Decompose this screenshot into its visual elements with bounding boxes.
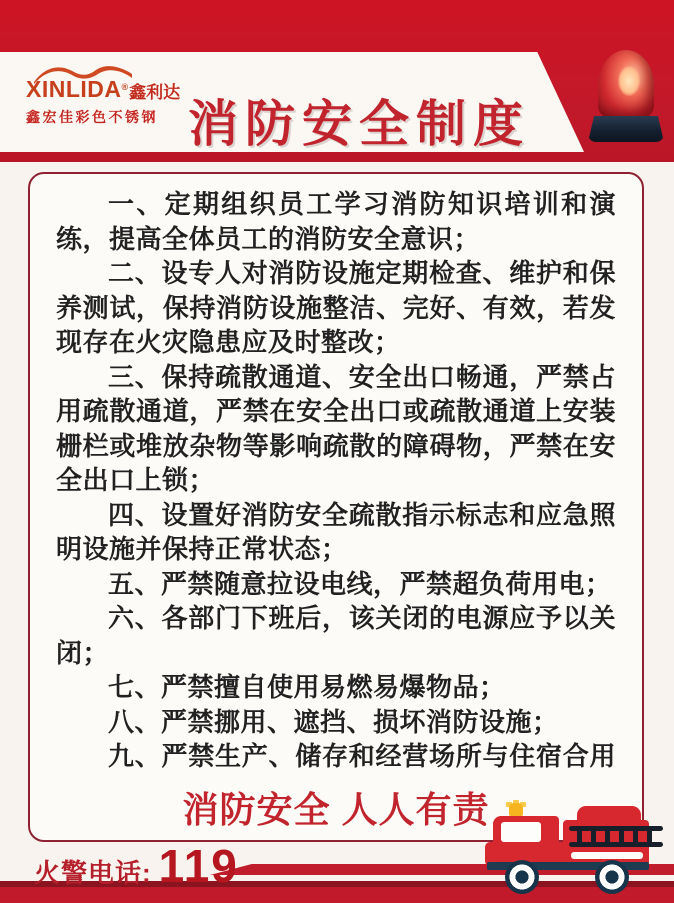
rule-item-7: 七、严禁擅自使用易燃易爆物品； bbox=[56, 670, 616, 705]
page-title: 消防安全制度 bbox=[188, 84, 530, 156]
truck-ladder-rail-bottom bbox=[569, 842, 663, 847]
rule-item-6: 六、各部门下班后，该关闭的电源应予以关闭； bbox=[56, 601, 616, 670]
siren-glow bbox=[618, 66, 640, 96]
truck-wheel-front bbox=[505, 860, 539, 894]
logo-tagline: 鑫宏佳彩色不锈钢 bbox=[26, 107, 186, 127]
truck-wheel-rear bbox=[595, 860, 629, 894]
rule-item-3: 三、保持疏散通道、安全出口畅通，严禁占用疏散通道，严禁在安全出口或疏散通道上安装… bbox=[56, 360, 616, 498]
rule-item-8: 八、严禁挪用、遮挡、损坏消防设施； bbox=[56, 705, 616, 740]
rule-item-4: 四、设置好消防安全疏散指示标志和应急照明设施并保持正常状态； bbox=[56, 498, 616, 567]
fire-alarm-phone: 火警电话: 119 bbox=[34, 843, 239, 890]
truck-white-stripe bbox=[571, 852, 643, 859]
registered-mark: ® bbox=[122, 83, 129, 92]
rule-item-1: 一、定期组织员工学习消防知识培训和演练，提高全体员工的消防安全意识； bbox=[56, 187, 616, 256]
truck-window bbox=[501, 822, 541, 842]
logo-swoosh-icon bbox=[32, 62, 136, 84]
company-logo: XINLIDA®鑫利达 鑫宏佳彩色不锈钢 bbox=[26, 78, 186, 127]
rules-list: 一、定期组织员工学习消防知识培训和演练，提高全体员工的消防安全意识； 二、设专人… bbox=[30, 174, 642, 774]
header: XINLIDA®鑫利达 鑫宏佳彩色不锈钢 消防安全制度 bbox=[0, 0, 674, 162]
alarm-phone-label: 火警电话: bbox=[34, 853, 152, 890]
siren-base bbox=[588, 116, 664, 142]
fire-truck-icon bbox=[483, 792, 669, 892]
rule-item-2: 二、设专人对消防设施定期检查、维护和保养测试，保持消防设施整洁、完好、有效，若发… bbox=[56, 256, 616, 360]
alarm-siren-icon bbox=[588, 48, 664, 152]
content-panel: 一、定期组织员工学习消防知识培训和演练，提高全体员工的消防安全意识； 二、设专人… bbox=[28, 172, 644, 842]
brand-chinese: 鑫利达 bbox=[129, 84, 180, 101]
alarm-phone-number: 119 bbox=[159, 843, 239, 889]
rule-item-9: 九、严禁生产、储存和经营场所与住宿合用同建筑内。 bbox=[56, 739, 616, 774]
truck-flashing-light bbox=[509, 803, 523, 816]
fire-safety-poster: XINLIDA®鑫利达 鑫宏佳彩色不锈钢 消防安全制度 一、定期组织员工学习消防… bbox=[0, 0, 674, 903]
rule-item-5: 五、严禁随意拉设电线，严禁超负荷用电； bbox=[56, 567, 616, 602]
truck-roof-box bbox=[577, 806, 641, 824]
